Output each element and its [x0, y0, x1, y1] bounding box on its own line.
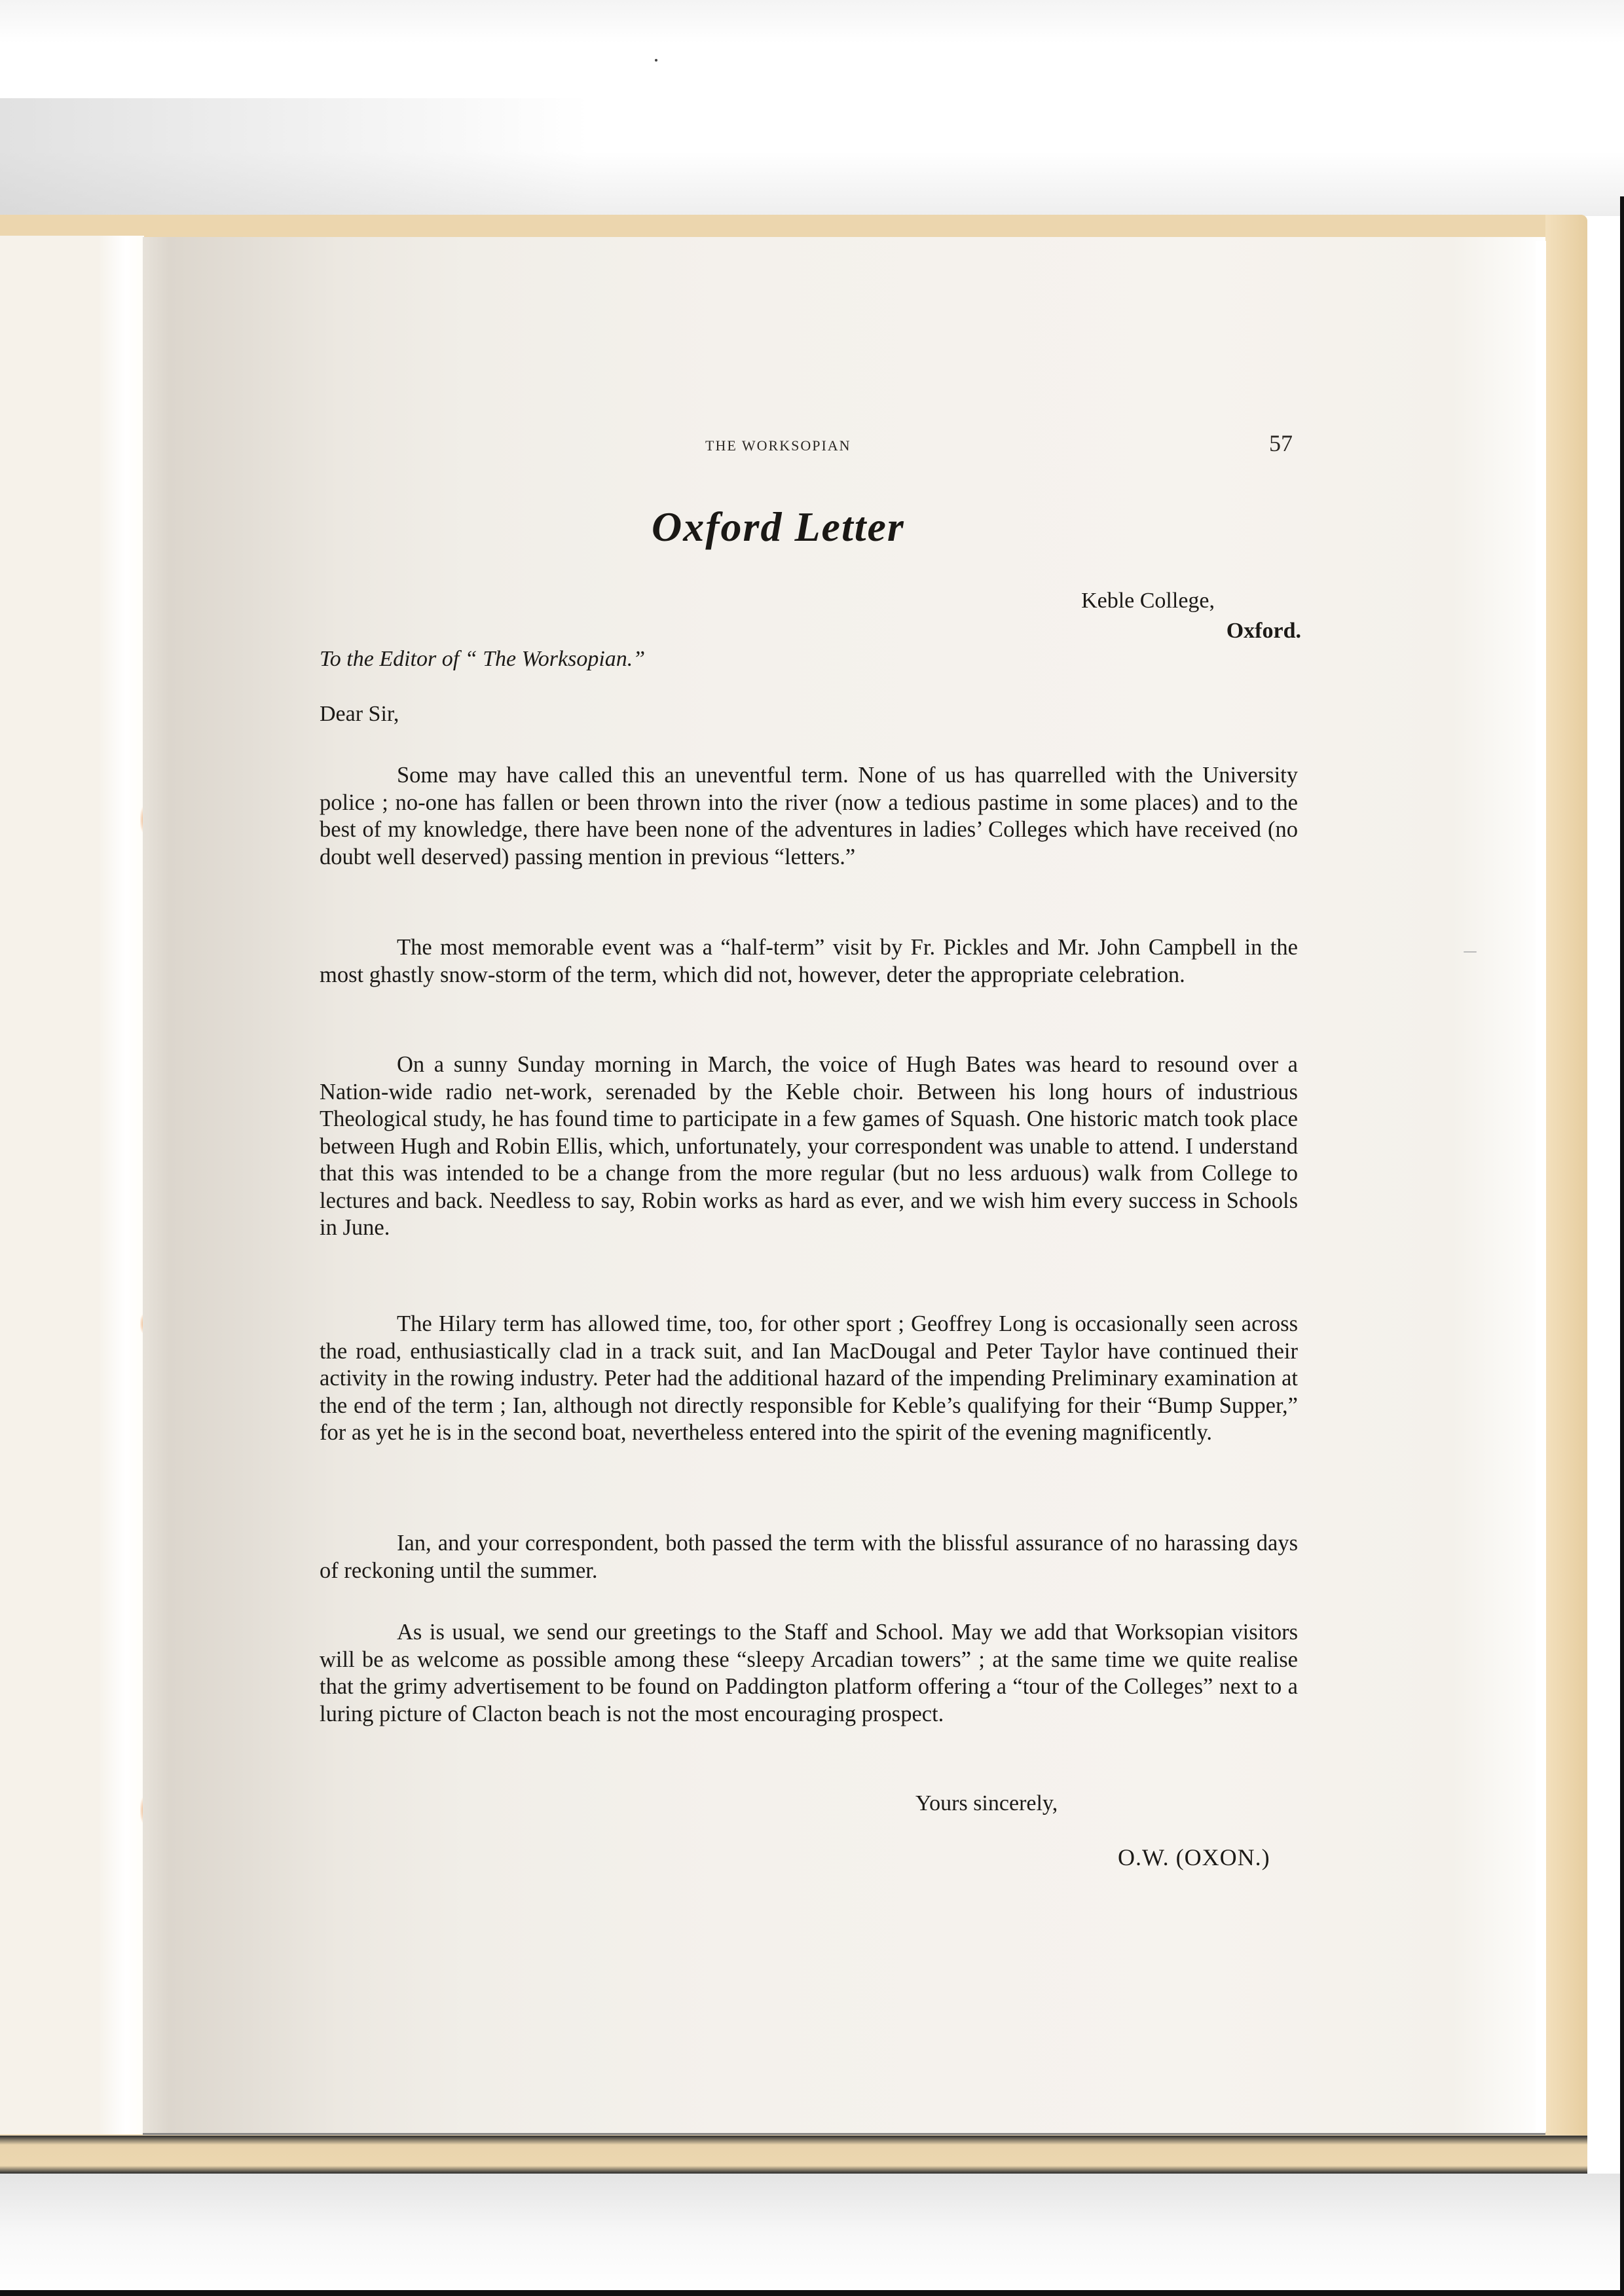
sender-address: Keble College, Oxford.: [1081, 586, 1301, 646]
page-stack-edge: [1536, 241, 1546, 2132]
scanner-shadow: [0, 98, 589, 216]
letter-title: Oxford Letter: [652, 503, 905, 551]
addressee-line: To the Editor of “ The Worksopian.”: [320, 647, 645, 672]
closing: Yours sincerely,: [915, 1791, 1058, 1816]
paragraph: Some may have called this an uneventful …: [320, 762, 1298, 871]
address-line-college: Keble College,: [1081, 586, 1301, 616]
scan-border-bottom: [0, 2290, 1624, 2296]
paragraph: As is usual, we send our greetings to th…: [320, 1619, 1298, 1728]
running-head: The Worksopian: [705, 437, 851, 454]
dust-speck: [655, 59, 657, 62]
paragraph: The Hilary term has allowed time, too, f…: [320, 1311, 1298, 1447]
book-cover-bottom-edge: [0, 2136, 1587, 2174]
scanner-background-bottom: [0, 2174, 1624, 2291]
paragraph: The most memorable event was a “half-ter…: [320, 934, 1298, 989]
salutation: Dear Sir,: [320, 702, 399, 727]
scan-border-right: [1620, 196, 1624, 2296]
paragraph: Ian, and your correspondent, both passed…: [320, 1530, 1298, 1584]
dust-mark: [1464, 951, 1477, 953]
paragraph: On a sunny Sunday morning in March, the …: [320, 1051, 1298, 1242]
page-number: 57: [1269, 429, 1293, 457]
book-cover-edge: [1545, 215, 1587, 2169]
address-line-city: Oxford.: [1081, 616, 1301, 646]
signature: O.W. (OXON.): [1118, 1844, 1270, 1871]
left-page-gutter-highlight: [98, 236, 144, 2134]
